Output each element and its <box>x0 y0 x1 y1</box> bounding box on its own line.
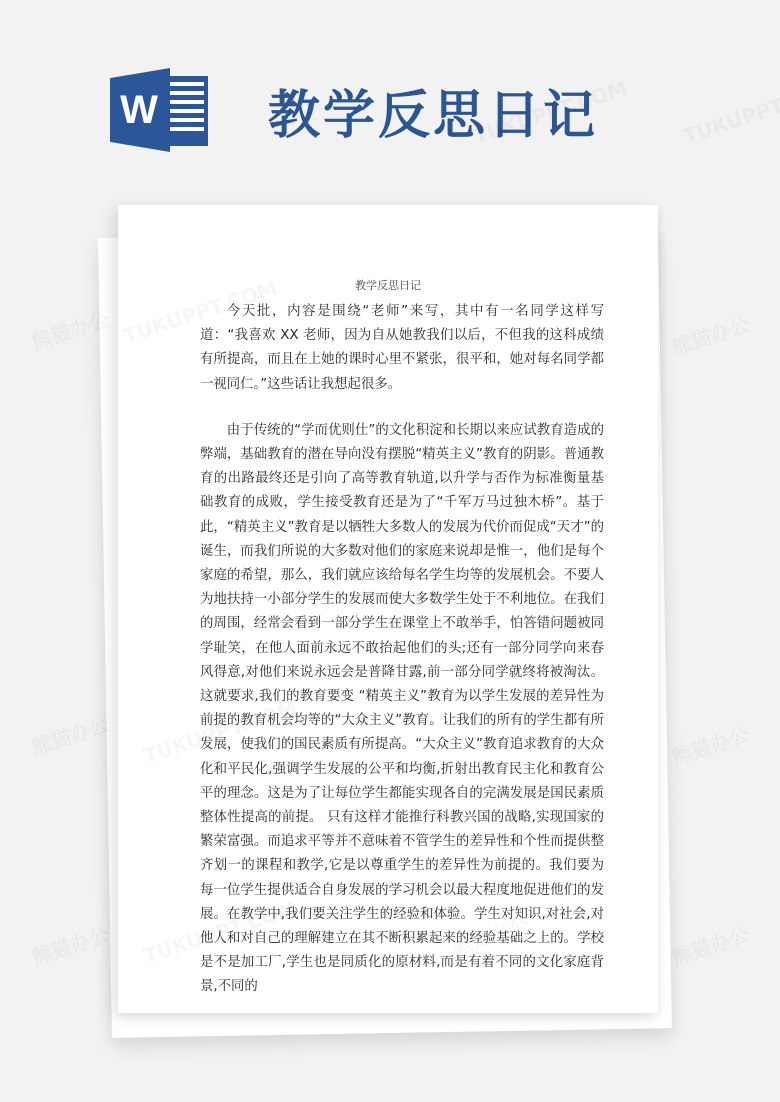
watermark: TUKUPPT.COM <box>680 76 780 148</box>
document-title: 教学反思日记 <box>118 277 658 293</box>
watermark: 熊猫办公 <box>667 308 752 360</box>
document-body: 今天批，内容是围绕“老师”来写，其中有一名同学这样写道：“我喜欢 XX 老师，因… <box>200 300 604 1000</box>
watermark: 熊猫办公 <box>27 918 112 970</box>
paragraph-1: 今天批，内容是围绕“老师”来写，其中有一名同学这样写道：“我喜欢 XX 老师，因… <box>200 300 604 397</box>
watermark: 熊猫办公 <box>667 918 752 970</box>
word-icon: W <box>110 68 208 152</box>
header-title: 教学反思日记 <box>268 73 598 148</box>
word-icon-letter: W <box>112 88 166 132</box>
watermark: 熊猫办公 <box>27 708 112 760</box>
header: W 教学反思日记 <box>110 68 598 152</box>
document-page: 教学反思日记 今天批，内容是围绕“老师”来写，其中有一名同学这样写道：“我喜欢 … <box>118 205 658 1013</box>
paragraph-2: 由于传统的“学而优则仕”的文化积淀和长期以来应试教育造成的弊端，基础教育的潜在导… <box>200 419 604 1000</box>
watermark: 熊猫办公 <box>667 718 752 770</box>
